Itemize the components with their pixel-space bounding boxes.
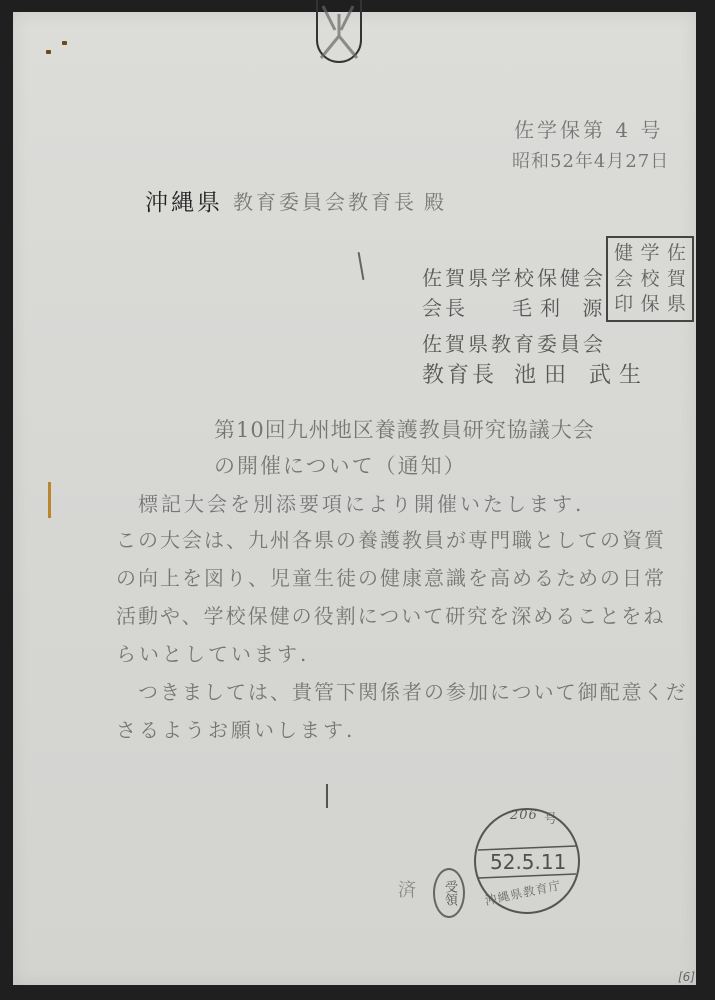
subject-line-2: の開催について（通知） (214, 450, 467, 480)
pin-mark (46, 50, 51, 54)
seal-char: 会 (611, 267, 636, 292)
sender-organization-2: 佐賀県教育委員会 (422, 328, 606, 357)
sender-name-1: 毛利 源 (512, 292, 610, 321)
body-line: 標記大会を別添要項により開催いたします. (138, 488, 584, 517)
top-seal-icon (313, 0, 365, 66)
body-line: の向上を図り、児童生徒の健康意識を高めるための日常 (116, 562, 666, 591)
sender-role-2: 教育長 (422, 358, 497, 389)
seal-char: 校 (637, 267, 662, 292)
postmark-number-suffix: 号 (544, 808, 557, 827)
addressee-honorific: 殿 (424, 186, 447, 215)
seal-char: 佐 (664, 241, 689, 266)
body-line: つきましては、貴管下関係者の参加について御配意くだ (138, 676, 688, 705)
body-line: 活動や、学校保健の役割について研究を深めることをね (116, 600, 665, 629)
official-square-seal: 健 学 佐 会 校 賀 印 保 県 (606, 236, 694, 322)
body-line: さるようお願いします. (116, 714, 355, 743)
processed-stamp: 済 (398, 876, 416, 902)
document-date: 昭和52年4月27日 (512, 147, 669, 173)
page-number: [6] (678, 970, 695, 984)
seal-char: 賀 (664, 267, 689, 292)
seal-char: 印 (611, 292, 636, 317)
staple-mark (48, 482, 51, 518)
addressee-title: 教育委員会教育長 (233, 186, 417, 215)
seal-char: 健 (611, 241, 636, 266)
receipt-stamp: 受領 (433, 868, 465, 918)
pin-mark (62, 41, 67, 45)
seal-char: 保 (637, 292, 662, 317)
addressee-prefecture: 沖縄県 (145, 184, 223, 217)
sender-name-2: 池田 武生 (514, 358, 649, 389)
pencil-mark (326, 784, 328, 808)
seal-char: 県 (664, 292, 689, 317)
subject-line-1: 第10回九州地区養護教員研究協議大会 (214, 414, 595, 444)
sender-role-1: 会長 (422, 292, 468, 321)
seal-char: 学 (637, 241, 662, 266)
reference-number: 佐学保第 4 号 (514, 114, 663, 143)
postmark-date: 52.5.11 (490, 850, 566, 874)
body-line: らいとしています. (116, 638, 309, 667)
body-line: この大会は、九州各県の養護教員が専門職としての資質 (116, 524, 666, 553)
postmark-number: 206 (510, 808, 538, 823)
sender-organization-1: 佐賀県学校保健会 (422, 262, 606, 291)
